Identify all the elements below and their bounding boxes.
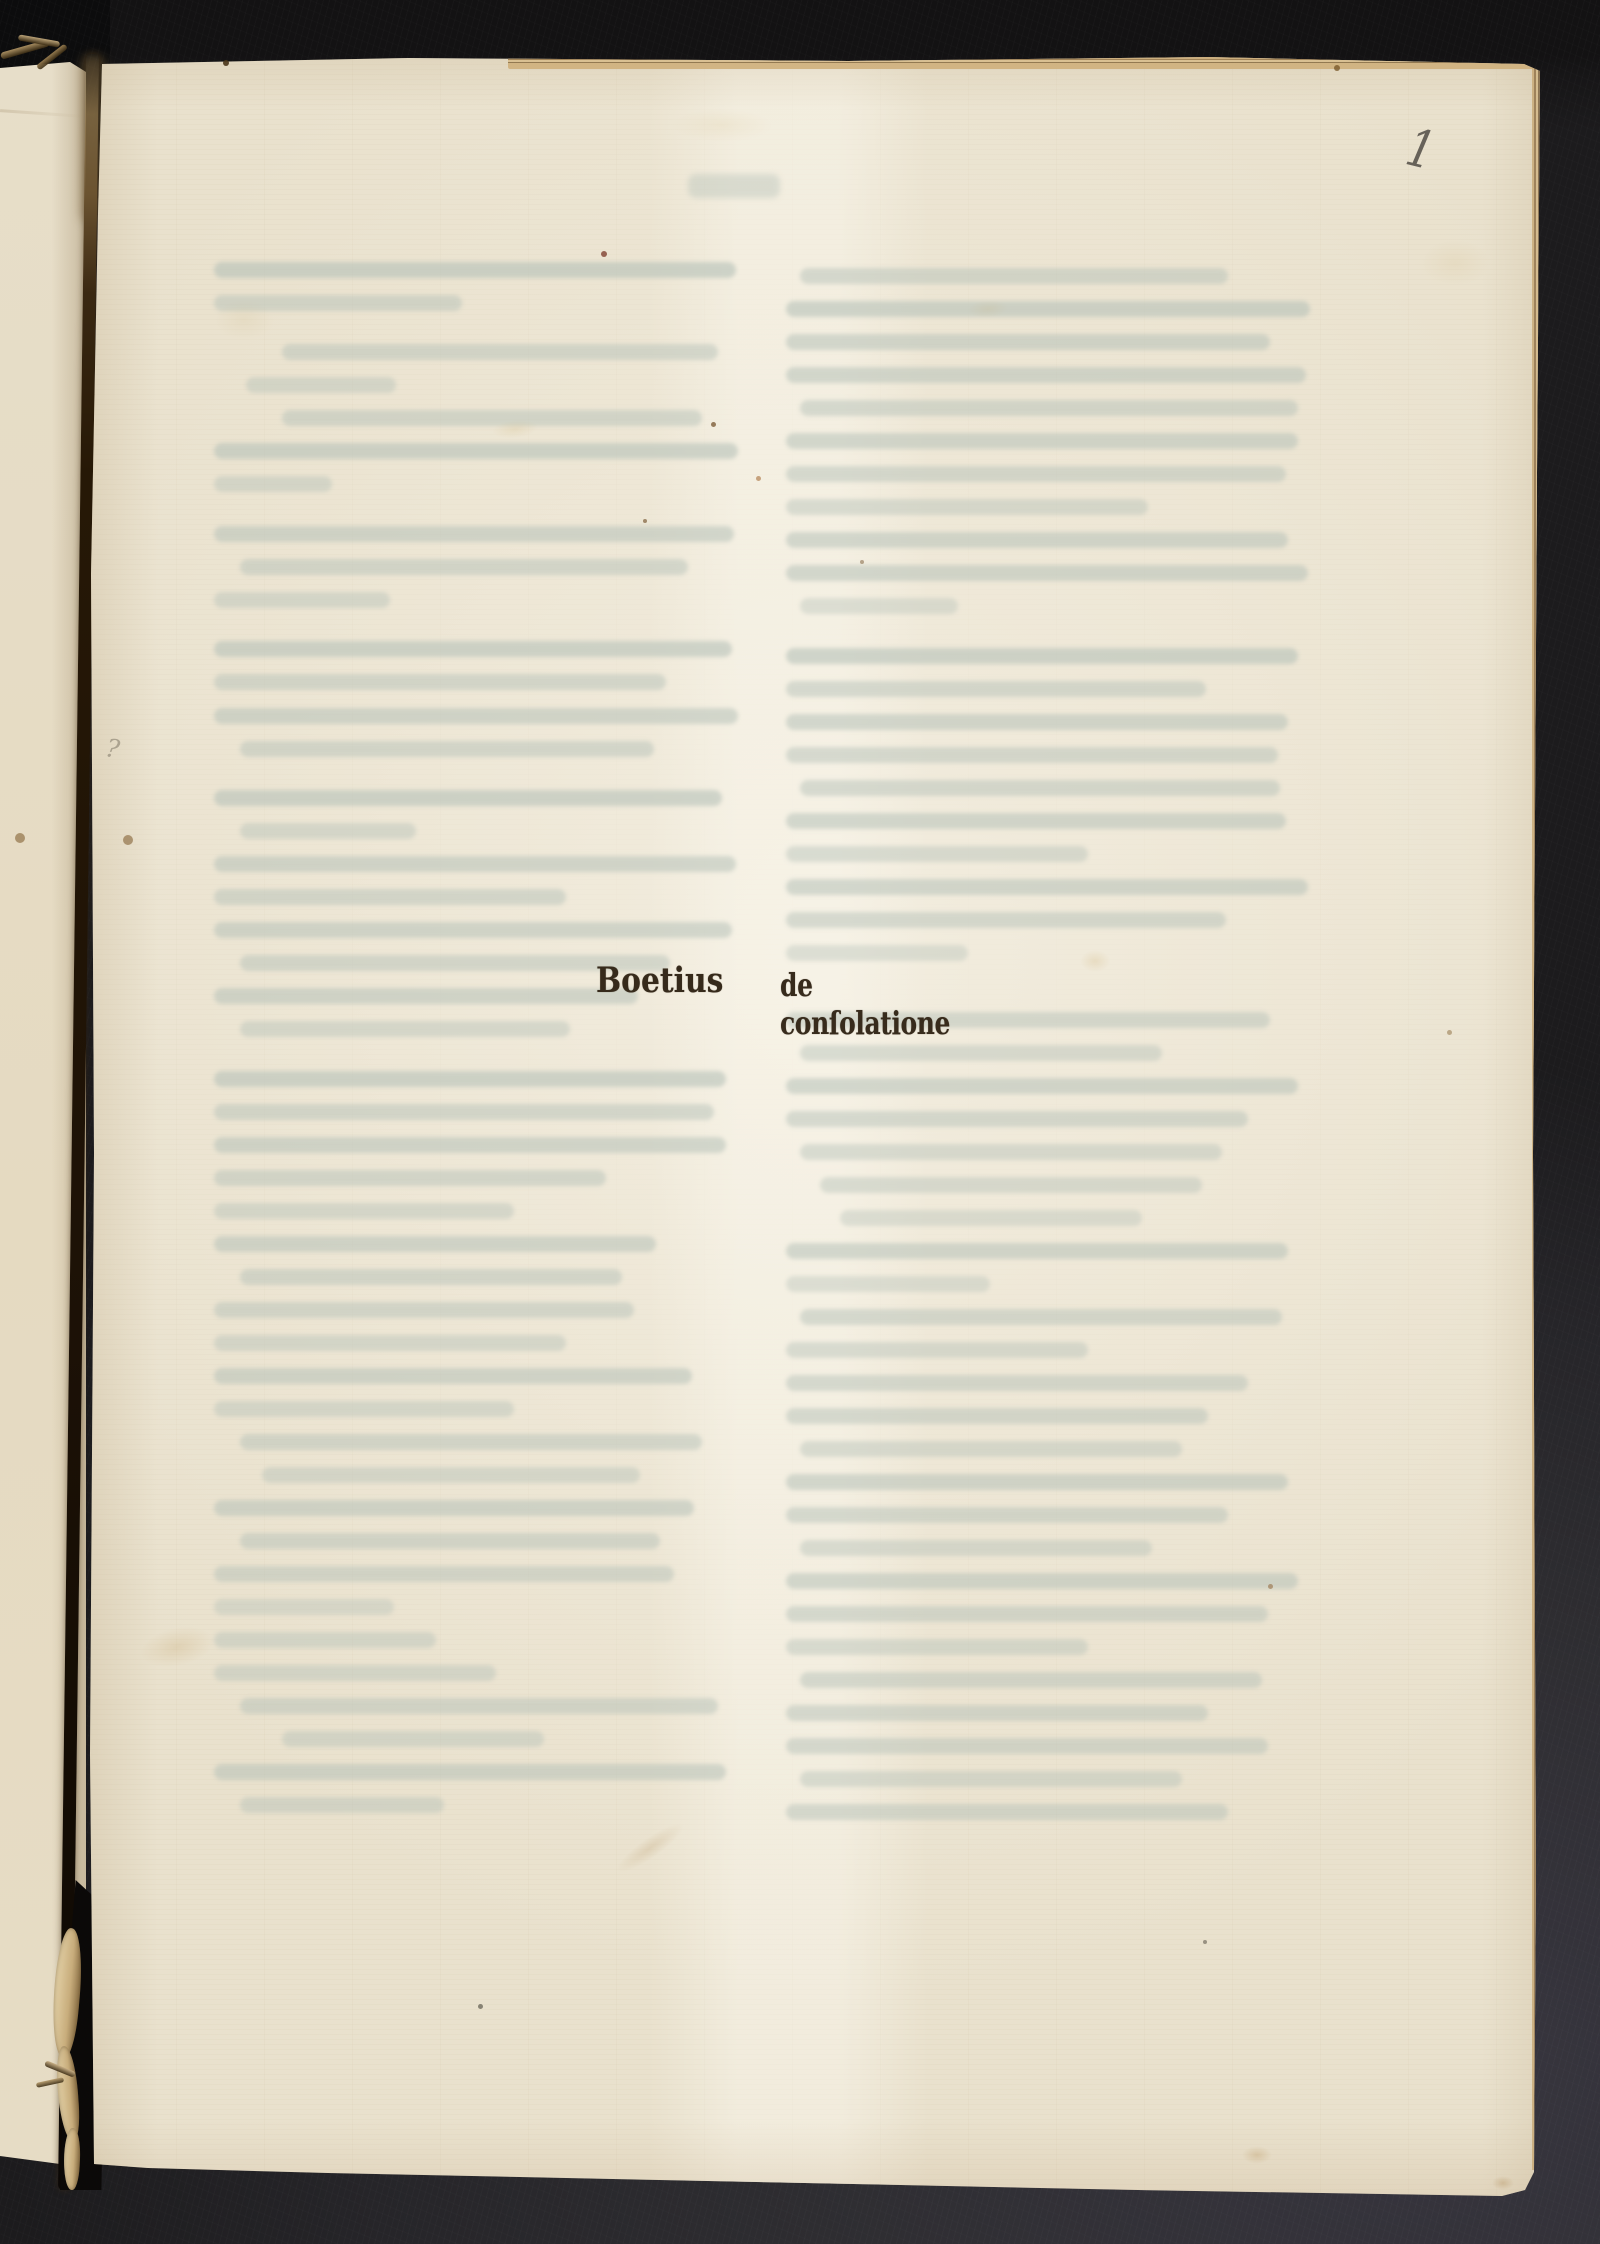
showthrough-text-line (800, 1045, 1162, 1061)
title-word-deconsolatione: de conſolatione (780, 966, 950, 1042)
paper-speck (601, 251, 607, 257)
showthrough-text-line (214, 856, 736, 872)
showthrough-text-line (214, 1665, 496, 1681)
foxing-stain (1420, 240, 1490, 286)
showthrough-text-line (800, 598, 958, 614)
showthrough-text-line (282, 410, 702, 426)
showthrough-text-line (800, 400, 1298, 416)
showthrough-text-line (786, 879, 1308, 895)
showthrough-text-line (786, 1474, 1288, 1490)
showthrough-text-line (214, 1599, 394, 1615)
paper-speck (1334, 65, 1340, 71)
showthrough-text-line (214, 1170, 606, 1186)
showthrough-text-line (262, 1467, 640, 1483)
foxing-stain (672, 108, 772, 142)
showthrough-heading-ghost (688, 174, 780, 198)
showthrough-text-line (214, 1500, 694, 1516)
showthrough-text-line (240, 1797, 444, 1813)
showthrough-text-line (214, 1302, 634, 1318)
paper-speck (756, 476, 761, 481)
showthrough-text-line (214, 476, 332, 492)
showthrough-text-line (786, 1507, 1228, 1523)
showthrough-text-line (786, 466, 1286, 482)
showthrough-text-line (786, 1375, 1248, 1391)
paper-speck (123, 835, 133, 845)
showthrough-text-line (786, 1243, 1288, 1259)
showthrough-text-line (214, 988, 638, 1004)
showthrough-text-line (786, 1408, 1208, 1424)
showthrough-text-line (214, 1236, 656, 1252)
showthrough-text-line (786, 334, 1270, 350)
showthrough-text-line (282, 1731, 544, 1747)
showthrough-text-line (786, 1573, 1298, 1589)
showthrough-text-line (240, 1434, 702, 1450)
showthrough-text-line (800, 780, 1280, 796)
showthrough-text-line (820, 1177, 1202, 1193)
foxing-stain (214, 300, 274, 340)
showthrough-text-line (214, 708, 738, 724)
showthrough-text-line (786, 433, 1298, 449)
showthrough-text-line (214, 1071, 726, 1087)
showthrough-text-line (214, 1203, 514, 1219)
showthrough-text-line (786, 1639, 1088, 1655)
paper-speck (643, 519, 647, 523)
showthrough-text-line (214, 526, 734, 542)
showthrough-text-line (840, 1210, 1142, 1226)
showthrough-text-line (786, 648, 1298, 664)
showthrough-text-line (214, 889, 566, 905)
foxing-stain (1080, 950, 1110, 972)
showthrough-text-line (240, 559, 688, 575)
showthrough-text-line (786, 301, 1310, 317)
showthrough-text-line (214, 1401, 514, 1417)
showthrough-text-line (214, 1104, 714, 1120)
showthrough-text-line (800, 1540, 1152, 1556)
showthrough-text-line (214, 922, 732, 938)
showthrough-text-line (786, 1705, 1208, 1721)
showthrough-text-line (282, 344, 718, 360)
showthrough-text-line (214, 674, 666, 690)
showthrough-text-line (786, 1804, 1228, 1820)
showthrough-text-line (786, 945, 968, 961)
showthrough-text-line (800, 1144, 1222, 1160)
showthrough-text-line (214, 1764, 726, 1780)
foxing-stain (1242, 2146, 1272, 2164)
showthrough-text-line (786, 681, 1206, 697)
showthrough-text-line (240, 1698, 718, 1714)
showthrough-text-line (786, 532, 1288, 548)
showthrough-text-line (214, 592, 390, 608)
showthrough-text-line (800, 1441, 1182, 1457)
paper-speck (223, 60, 229, 66)
showthrough-text-line (786, 1342, 1088, 1358)
showthrough-text-line (800, 268, 1228, 284)
showthrough-text-line (786, 367, 1306, 383)
showthrough-text-line (240, 1021, 570, 1037)
right-leaf-edges (1532, 66, 1541, 2170)
showthrough-text-line (800, 1672, 1262, 1688)
showthrough-text-line (786, 1276, 990, 1292)
showthrough-text-line (214, 1335, 566, 1351)
showthrough-text-line (214, 1368, 692, 1384)
paper-speck (860, 560, 864, 564)
showthrough-text-line (786, 499, 1148, 515)
showthrough-text-line (214, 641, 732, 657)
showthrough-text-line (240, 1533, 660, 1549)
paper-speck (1268, 1584, 1273, 1589)
paper-speck (711, 422, 716, 427)
title-word-boetius: Boetius (596, 960, 723, 1001)
showthrough-text-line (786, 714, 1288, 730)
showthrough-text-line (786, 565, 1308, 581)
showthrough-text-line (214, 1632, 436, 1648)
showthrough-text-line (800, 1771, 1182, 1787)
showthrough-text-line (240, 823, 416, 839)
showthrough-text-line (214, 1566, 674, 1582)
paper-speck (478, 2004, 483, 2009)
foxing-stain (1492, 2176, 1514, 2190)
showthrough-text-line (786, 1078, 1298, 1094)
showthrough-text-line (786, 813, 1286, 829)
showthrough-text-line (786, 747, 1278, 763)
photo-stage: Boetius de conſolatione 1 ? (0, 0, 1600, 2244)
showthrough-text-line (786, 1738, 1268, 1754)
showthrough-text-line (240, 741, 654, 757)
paper-speck (1447, 1030, 1452, 1035)
showthrough-text-line (800, 1309, 1282, 1325)
paper-speck (15, 833, 25, 843)
showthrough-text-line (786, 1111, 1248, 1127)
showthrough-text-line (214, 262, 736, 278)
showthrough-text-line (240, 1269, 622, 1285)
showthrough-text-line (786, 912, 1226, 928)
showthrough-text-line (786, 1606, 1268, 1622)
paper-speck (1203, 1940, 1207, 1944)
showthrough-text-line (214, 790, 722, 806)
showthrough-text-line (246, 377, 396, 393)
showthrough-text-line (214, 443, 738, 459)
showthrough-text-line (786, 846, 1088, 862)
showthrough-text-line (214, 1137, 726, 1153)
